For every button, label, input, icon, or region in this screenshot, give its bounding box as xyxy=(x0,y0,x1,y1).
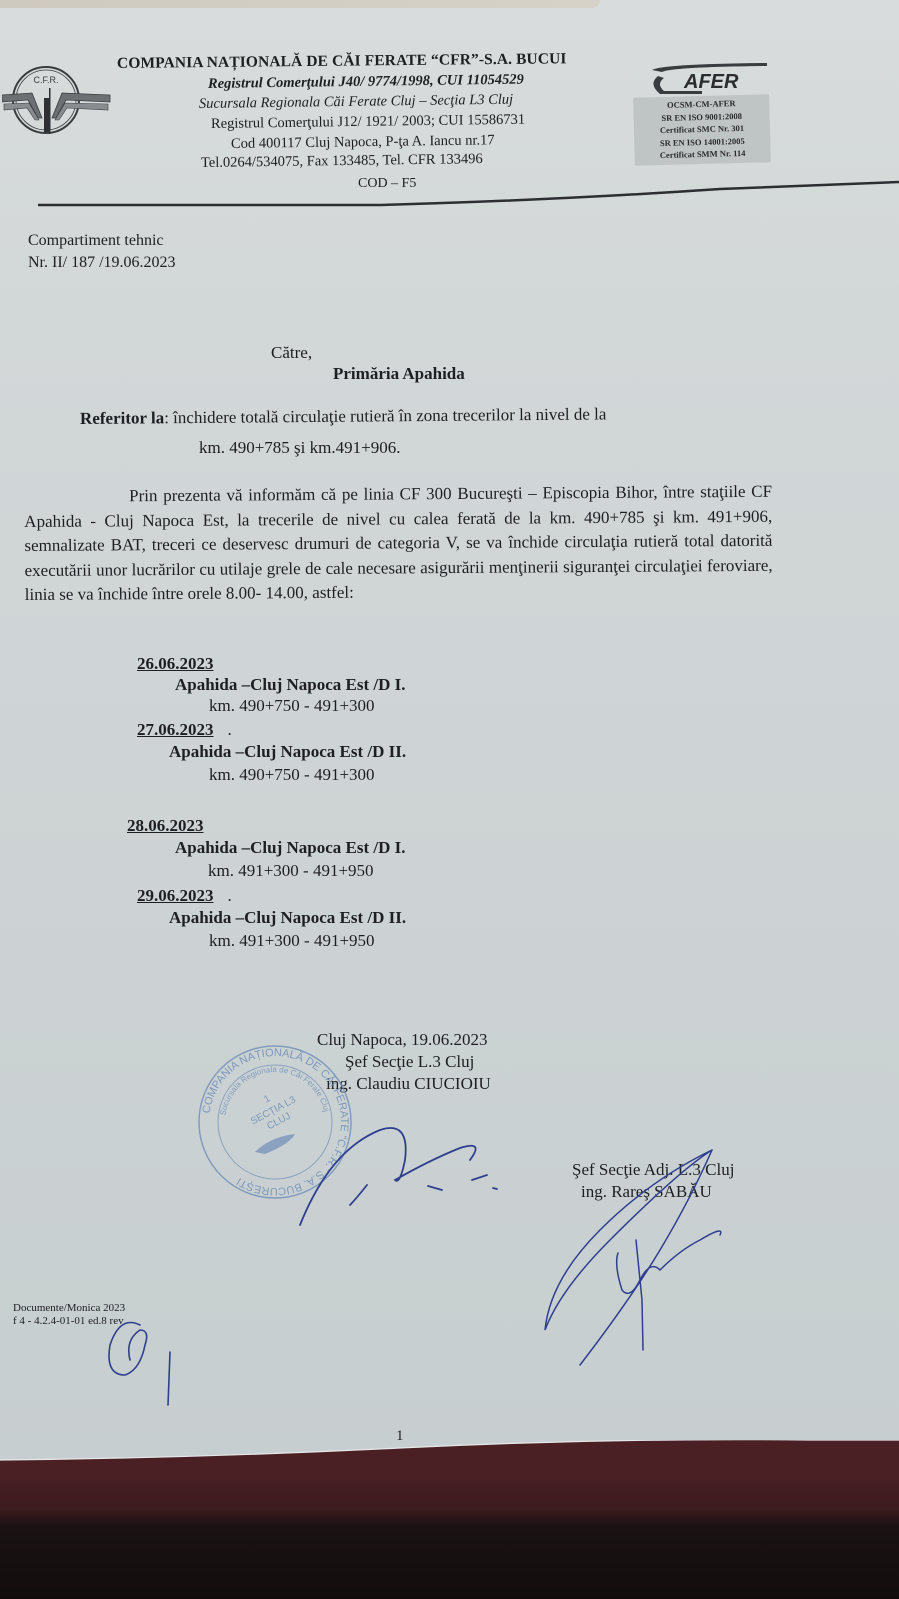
initials-icon xyxy=(109,1323,170,1406)
background-strip xyxy=(0,0,600,8)
schedule-route: Apahida –Cluj Napoca Est /D I. xyxy=(175,675,406,695)
body-paragraph: Prin prezenta vă informăm că pe linia CF… xyxy=(24,480,773,608)
schedule-km: km. 491+300 - 491+950 xyxy=(209,931,406,951)
reference-block: Compartiment tehnic Nr. II/ 187 /19.06.2… xyxy=(28,230,176,274)
department: Compartiment tehnic xyxy=(28,230,176,252)
footer-reference: Documente/Monica 2023 f 4 - 4.2.4-01-01 … xyxy=(13,1302,125,1328)
document-number: Nr. II/ 187 /19.06.2023 xyxy=(28,252,176,274)
svg-text:C.F.R.: C.F.R. xyxy=(33,75,58,85)
svg-text:AFER: AFER xyxy=(683,71,739,93)
cfr-logo-icon: C.F.R. xyxy=(2,60,114,140)
body-text: Prin prezenta vă informăm că pe linia CF… xyxy=(24,482,772,604)
schedule-entry: 28.06.2023 Apahida –Cluj Napoca Est /D I… xyxy=(127,816,406,881)
afer-cert-box: OCSM-CM-AFER SR EN ISO 9001:2008 Certifi… xyxy=(633,94,771,166)
paper-edge xyxy=(0,1440,899,1480)
header-registry-1: Registrul Comerţului J40/ 9774/1998, CUI… xyxy=(208,72,524,93)
schedule-km: km. 490+750 - 491+300 xyxy=(209,765,406,785)
schedule-date: 28.06.2023 xyxy=(127,816,406,836)
salutation: Către, xyxy=(271,343,312,363)
signatory-2-name: ing. Rareş SABĂU xyxy=(581,1182,712,1202)
footer-line-1: Documente/Monica 2023 xyxy=(13,1302,125,1315)
header-branch: Sucursala Regionala Căi Ferate Cluj – Se… xyxy=(199,92,513,113)
footer-line-2: f 4 - 4.2.4-01-01 ed.8 rev xyxy=(13,1315,125,1328)
schedule-date: 26.06.2023 xyxy=(137,654,406,674)
signatory-2-title: Şef Secţie Adj. L.3 Cluj xyxy=(572,1160,734,1180)
document-page: C.F.R. COMPANIA NAȚIONALĂ DE CĂI FERATE … xyxy=(0,0,899,1599)
header-phone: Tel.0264/534075, Fax 133485, Tel. CFR 13… xyxy=(201,151,483,172)
schedule-entry: 27.06.2023. Apahida –Cluj Napoca Est /D … xyxy=(137,720,406,785)
afer-certification: AFER OCSM-CM-AFER SR EN ISO 9001:2008 Ce… xyxy=(632,60,782,164)
afer-logo-icon: AFER xyxy=(642,60,772,98)
schedule-entry: 26.06.2023 Apahida –Cluj Napoca Est /D I… xyxy=(137,654,406,716)
schedule-km: km. 490+750 - 491+300 xyxy=(209,696,406,716)
subject-text: : închidere totală circulaţie rutieră în… xyxy=(164,404,606,427)
header-registry-2: Registrul Comerţului J12/ 1921/ 2003; CU… xyxy=(211,112,525,133)
schedule-date: 29.06.2023 xyxy=(137,886,214,905)
subject-line: Referitor la: închidere totală circulaţi… xyxy=(80,404,607,429)
company-name: COMPANIA NAȚIONALĂ DE CĂI FERATE “CFR”-S… xyxy=(117,50,567,73)
schedule-dot: . xyxy=(228,886,232,905)
schedule-date: 27.06.2023 xyxy=(137,720,214,739)
subject-text-2: km. 490+785 şi km.491+906. xyxy=(199,438,400,458)
schedule-entry: 29.06.2023. Apahida –Cluj Napoca Est /D … xyxy=(137,886,406,951)
signatory-1-title: Şef Secţie L.3 Cluj xyxy=(345,1052,474,1072)
subject-label: Referitor la xyxy=(80,408,164,428)
schedule-route: Apahida –Cluj Napoca Est /D I. xyxy=(175,838,406,858)
schedule-km: km. 491+300 - 491+950 xyxy=(208,861,406,881)
desk-background xyxy=(0,1460,899,1599)
schedule-route: Apahida –Cluj Napoca Est /D II. xyxy=(169,742,406,762)
official-stamp-icon: COMPANIA NAȚIONALĂ DE CĂI FERATE “C.F.R.… xyxy=(195,1042,355,1202)
afer-line: Certificat SMM Nr. 114 xyxy=(634,146,770,162)
svg-text:1: 1 xyxy=(262,1093,272,1106)
header-address: Cod 400117 Cluj Napoca, P-ţa A. Iancu nr… xyxy=(231,132,495,153)
recipient-name: Primăria Apahida xyxy=(333,364,465,384)
schedule-route: Apahida –Cluj Napoca Est /D II. xyxy=(169,908,406,928)
schedule-dot: . xyxy=(228,720,232,739)
header-divider xyxy=(0,175,899,215)
